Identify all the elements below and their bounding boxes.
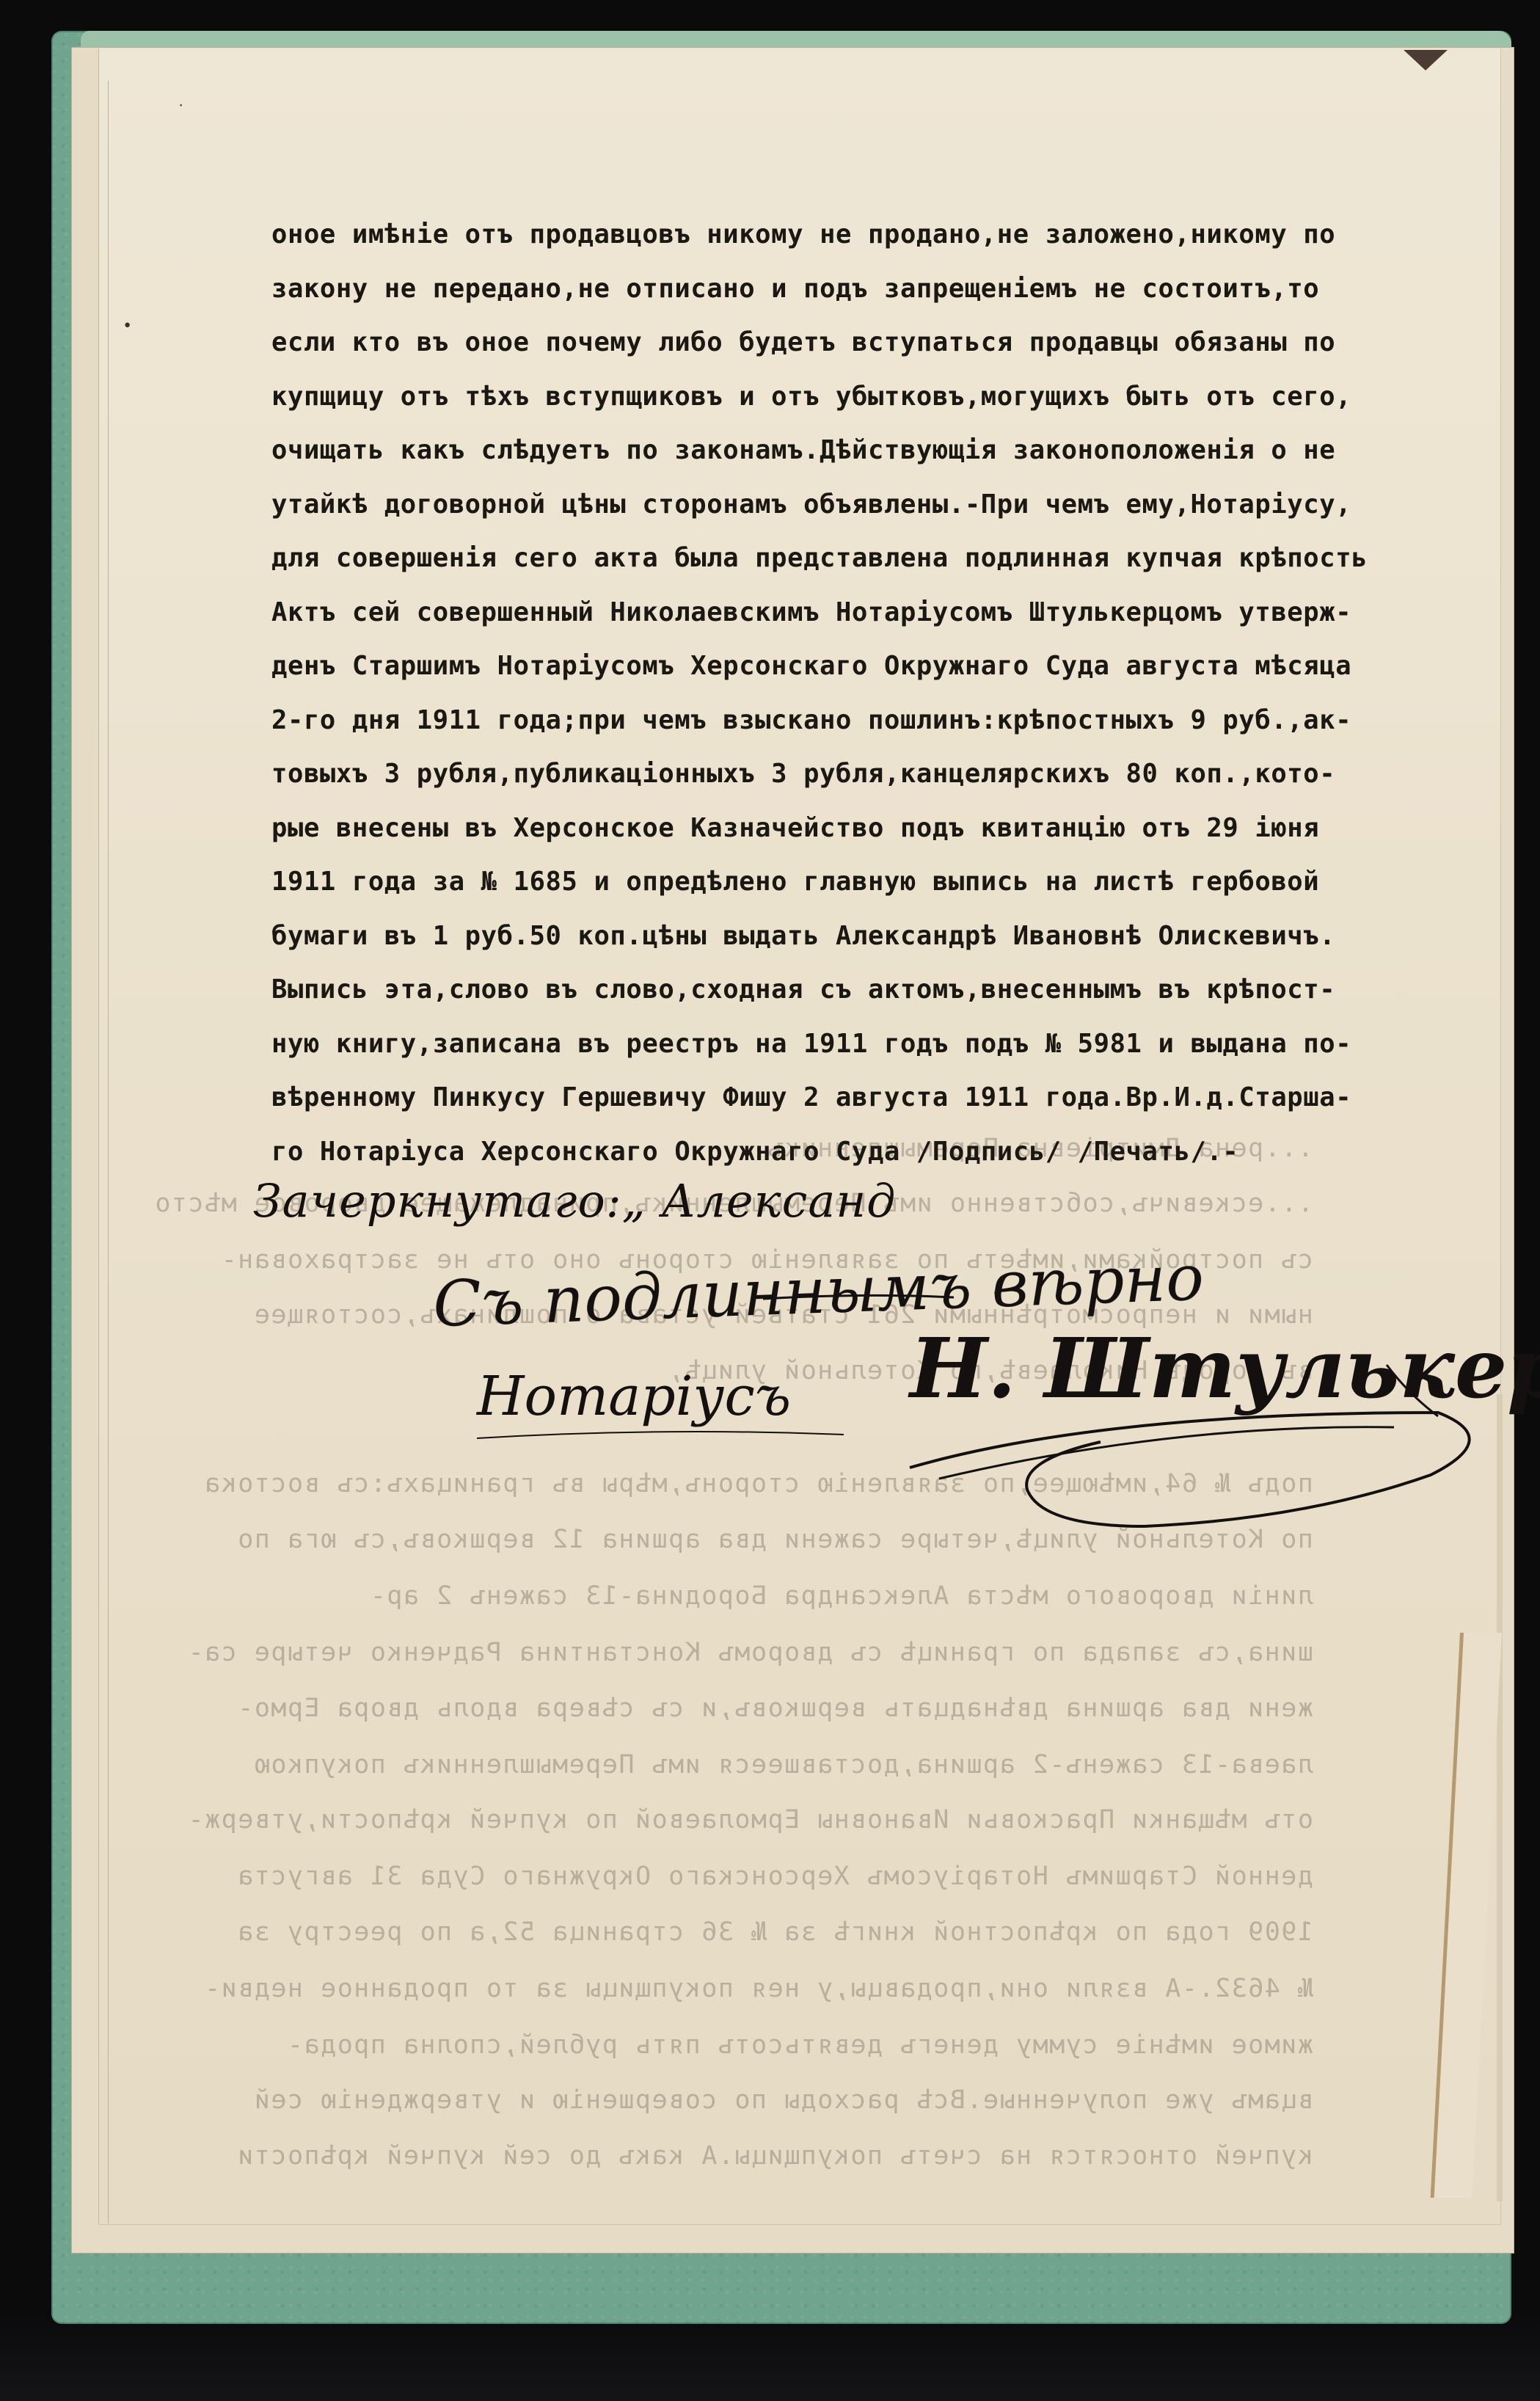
torn-corner: [1404, 50, 1448, 70]
ink-dot: •: [123, 317, 132, 335]
bleed-line: вцамъ уже полученные.Всѣ расходы по сове…: [253, 2085, 1313, 2115]
bleed-line: шина,съ запада по границѣ съ дворомъ Кон…: [187, 1638, 1313, 1667]
typed-line: 1911 года за № 1685 и опредѣлено главную…: [271, 855, 1475, 909]
typed-line: закону не передано,не отписано и подъ за…: [271, 262, 1475, 316]
bleed-line: по Котельной улицѣ,четыре сажени два арш…: [237, 1525, 1313, 1554]
typed-line: очищать какъ слѣдуетъ по законамъ.Дѣйств…: [271, 423, 1475, 478]
typed-line: денъ Старшимъ Нотаріусомъ Херсонскаго Ок…: [271, 639, 1475, 693]
backdrop: [0, 2313, 1540, 2401]
bleed-line: денной Старшимъ Нотаріусомъ Херсонскаго …: [237, 1862, 1313, 1891]
page-margin-edge: [108, 81, 109, 2223]
typed-body: оное имѣніе отъ продавцовъ никому не про…: [271, 208, 1475, 1178]
bleed-line: № 4632.-А взяли они,продавцы,у нея покуп…: [204, 1974, 1313, 2003]
bleed-line: отъ мѣщанки Прасковьи Ивановны Ермолаево…: [187, 1805, 1313, 1835]
typed-line: го Нотаріуса Херсонскаго Окружнаго Суда …: [271, 1125, 1475, 1179]
typed-line: если кто въ оное почему либо будетъ всту…: [271, 316, 1475, 370]
typed-line: оное имѣніе отъ продавцовъ никому не про…: [271, 208, 1475, 262]
bleed-line: линіи дворового мѣста Александра Бородин…: [369, 1581, 1313, 1611]
typed-line: 2-го дня 1911 года;при чемъ взыскано пош…: [271, 693, 1475, 748]
notary-signature: Н. Штулькерцъ: [910, 1321, 1540, 1417]
typed-line: товыхъ 3 рубля,публикаціонныхъ 3 рубля,к…: [271, 747, 1475, 801]
typed-line: утайкѣ договорной цѣны сторонамъ объявле…: [271, 478, 1475, 532]
typed-line: вѣренному Пинкусу Гершевичу Фишу 2 авгус…: [271, 1071, 1475, 1125]
bleed-line: 1909 года по крѣпостной книгѣ за № 36 ст…: [237, 1917, 1313, 1947]
typed-line: Выпись эта,слово въ слово,сходная съ акт…: [271, 963, 1475, 1017]
typed-line: Актъ сей совершенный Николаевскимъ Нотар…: [271, 586, 1475, 640]
page-edge-right: [1497, 1394, 1503, 2201]
typed-line: бумаги въ 1 руб.50 коп.цѣны выдать Алекс…: [271, 909, 1475, 963]
strikethrough-note: Зачеркнутаго:„ Александ: [253, 1174, 896, 1228]
typed-line: ную книгу,записана въ реестръ на 1911 го…: [271, 1017, 1475, 1071]
ink-speck: ˙: [176, 103, 186, 121]
notary-title: Нотаріусъ: [477, 1365, 791, 1428]
typed-line: купщицу отъ тѣхъ вступщиковъ и отъ убытк…: [271, 370, 1475, 424]
bleed-line: подъ № 64,имѣющее,по заявленію сторонъ,м…: [204, 1469, 1313, 1498]
typed-line: рые внесены въ Херсонское Казначейство п…: [271, 801, 1475, 856]
bleed-line: купчей относятся на счетъ покупщицы.А ка…: [237, 2141, 1313, 2171]
bleed-line: лаева-13 саженъ-2 аршина,доставшееся имъ…: [253, 1750, 1313, 1779]
bleed-line: жени два аршина двѣнадцать вершковъ,и съ…: [237, 1694, 1313, 1723]
typed-line: для совершенія сего акта была представле…: [271, 531, 1475, 586]
bleed-line: жимое имѣніе сумму денегъ девятьсотъ пят…: [287, 2030, 1313, 2060]
